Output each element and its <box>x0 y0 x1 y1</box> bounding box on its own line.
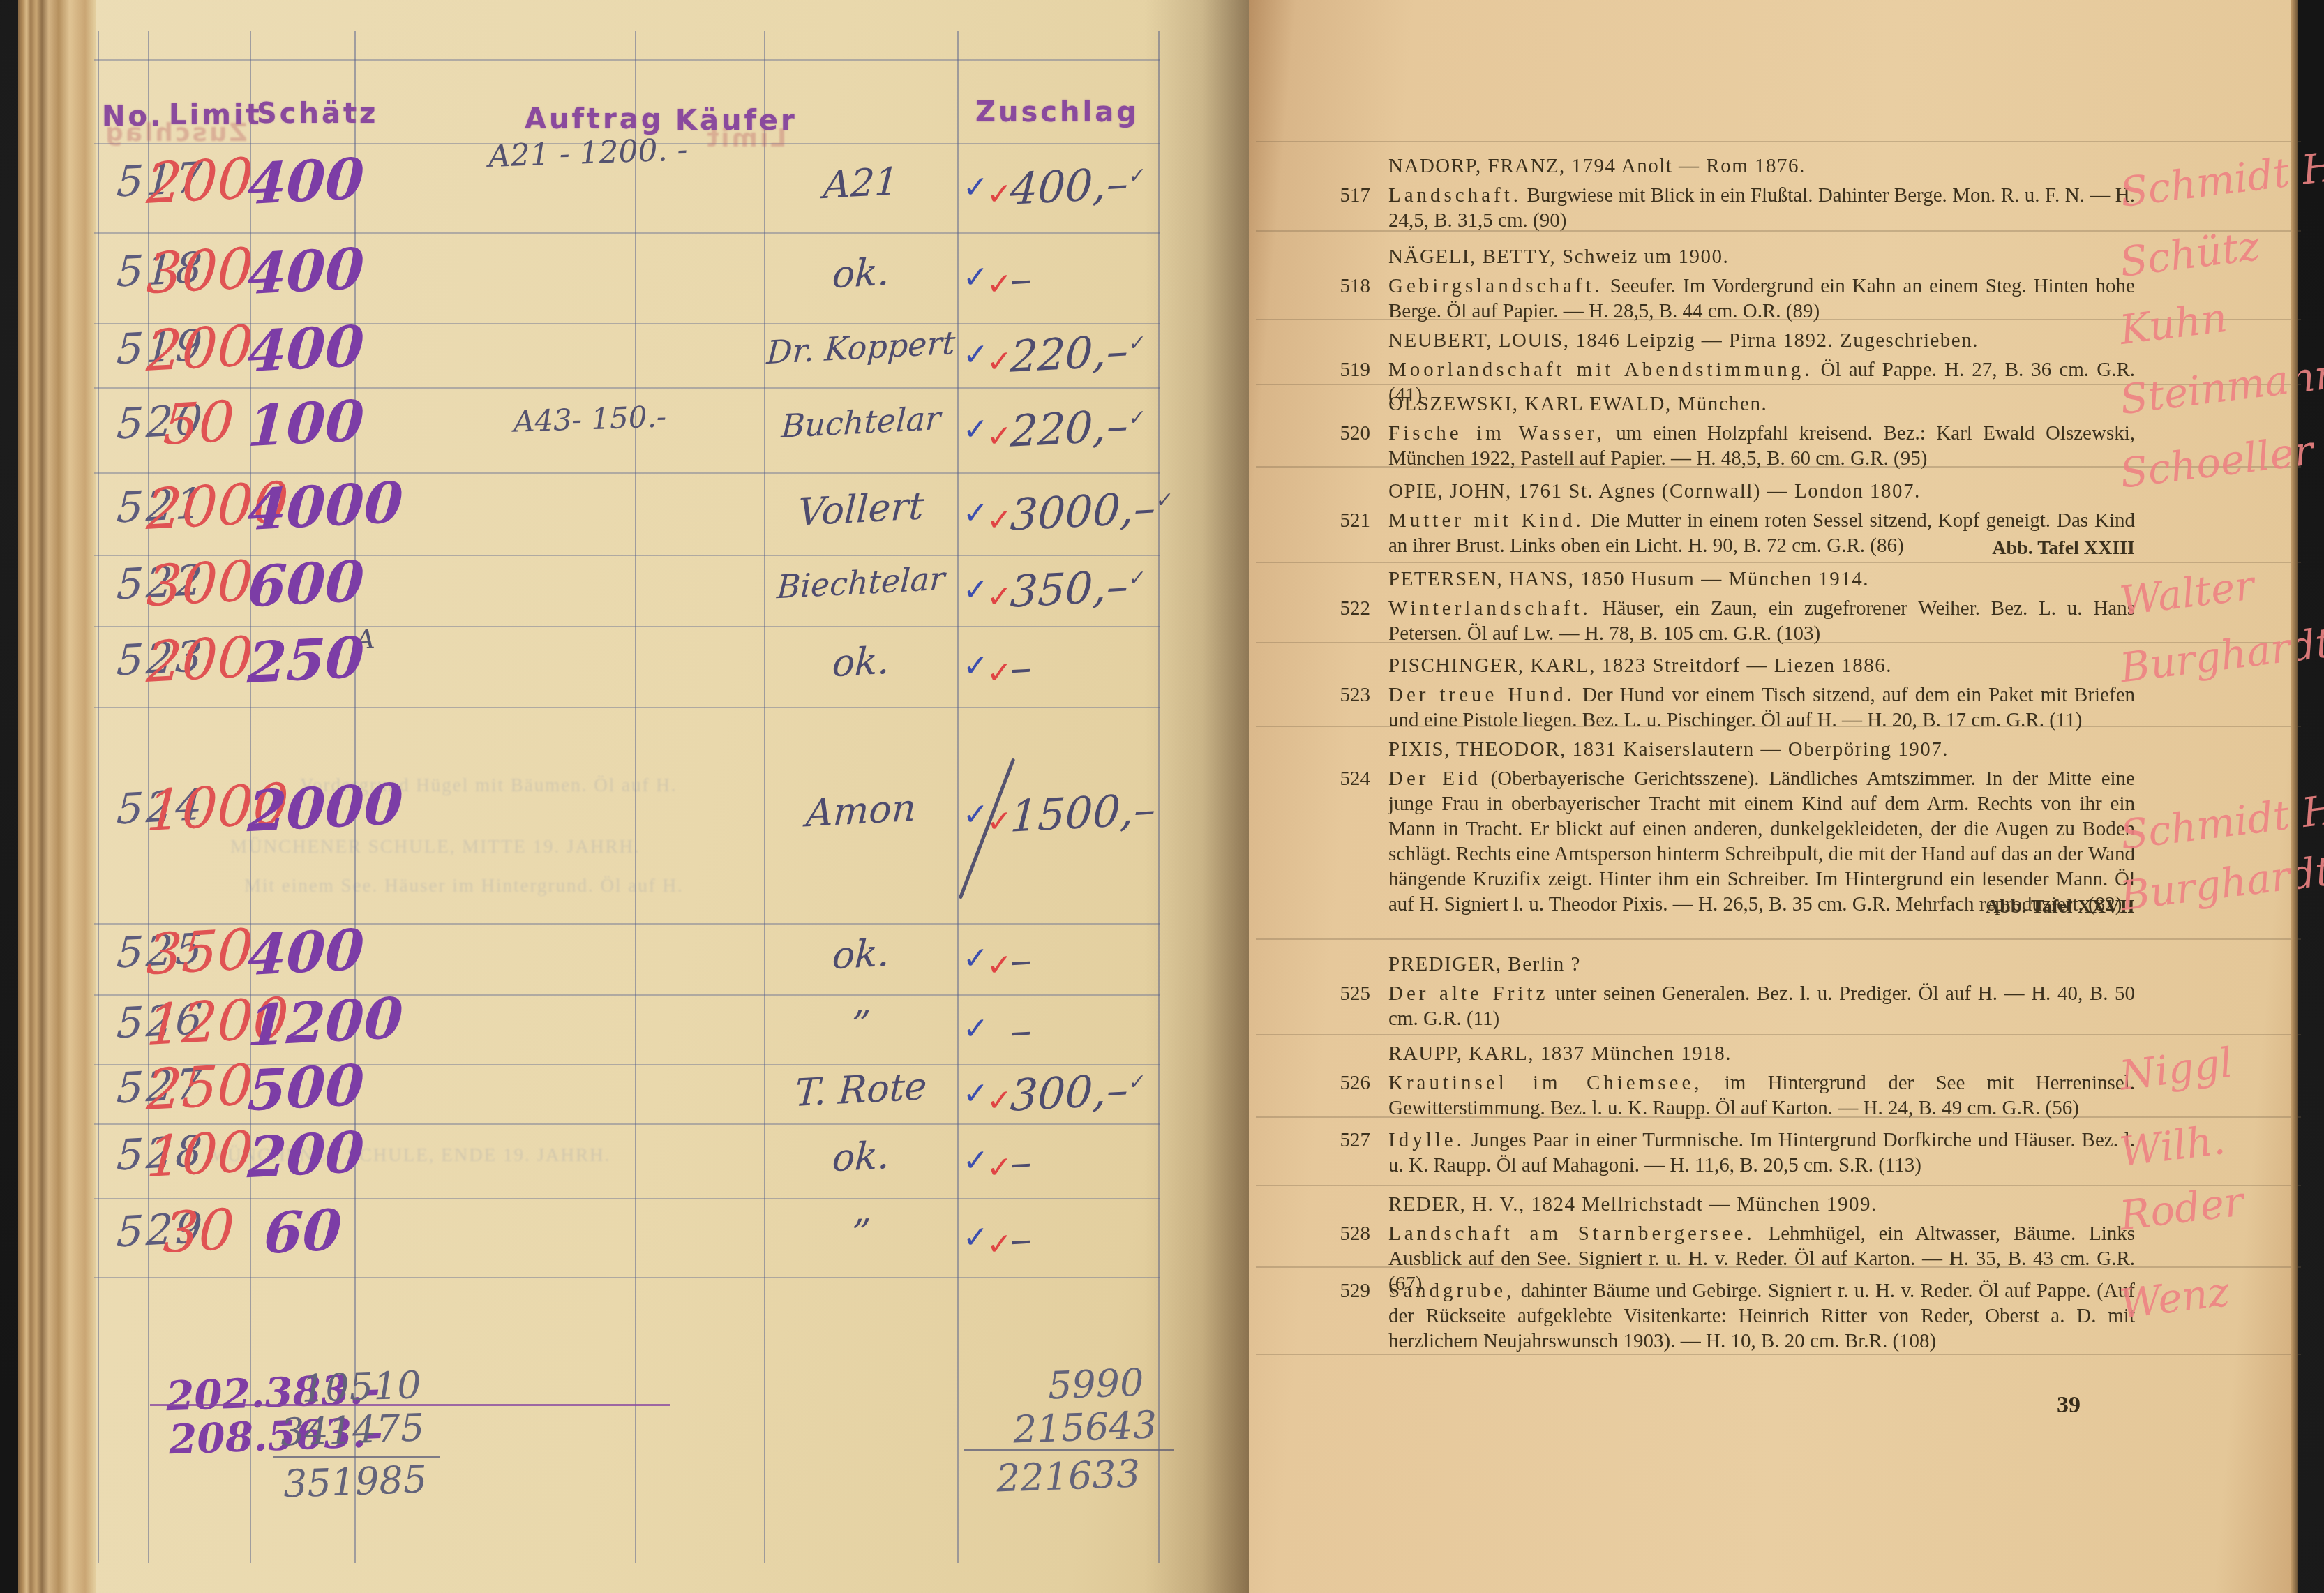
limit-value: 200 <box>145 146 253 216</box>
table-rule-horizontal <box>94 232 1160 234</box>
check-icon-blue: ✓ <box>963 648 989 684</box>
lot-description: 520Fische im Wasser, um einen Holzpfahl … <box>1327 421 2135 471</box>
lot-title: Fische im Wasser, <box>1388 422 1605 444</box>
artist-line: PISCHINGER, KARL, 1823 Streitdorf — Liez… <box>1388 655 2135 678</box>
catalog-entry-rule <box>1256 1034 2301 1035</box>
table-rule-vertical <box>635 31 636 1563</box>
catalog-entry: PIXIS, THEODOR, 1831 Kaiserslautern — Ob… <box>1327 738 2135 917</box>
plate-reference: Abb. Tafel XXVII <box>1986 896 2135 918</box>
total-zuschlag-3: 221633 <box>996 1451 1141 1500</box>
limit-value: 200 <box>145 313 253 384</box>
zuschlag-value: – <box>1009 246 1165 305</box>
check-icon-blue: ✓ <box>963 1220 989 1255</box>
schaetz-value: 60 <box>246 1195 360 1267</box>
limit-value: 300 <box>145 236 253 306</box>
lot-number-printed: 521 <box>1327 509 1370 532</box>
catalog-entry: RAUPP, KARL, 1837 München 1918.526Krauti… <box>1327 1042 2135 1121</box>
check-icon-red: ✓ <box>987 579 1012 615</box>
catalog-entry: NADORP, FRANZ, 1794 Anolt — Rom 1876.517… <box>1327 155 2135 233</box>
lot-title: Winterlandschaft. <box>1388 597 1591 620</box>
lot-text: Der Eid (Oberbayerische Gerichtsszene). … <box>1388 766 2135 917</box>
page-edge-stack <box>18 0 96 1593</box>
lot-text: Der treue Hund. Der Hund vor einem Tisch… <box>1388 682 2135 733</box>
lot-title: Landschaft. <box>1388 184 1522 207</box>
catalog-entry: PETERSEN, HANS, 1850 Husum — München 191… <box>1327 568 2135 646</box>
catalog-entry: PISCHINGER, KARL, 1823 Streitdorf — Liez… <box>1327 655 2135 733</box>
lot-text: Sandgrube, dahinter Bäume und Gebirge. S… <box>1388 1278 2135 1354</box>
zuschlag-value: 3000,–✓ <box>1009 481 1165 541</box>
artist-line: RAUPP, KARL, 1837 München 1918. <box>1388 1042 2135 1065</box>
limit-value: 200 <box>145 625 253 695</box>
check-icon-blue: ✓ <box>963 495 989 531</box>
schaetz-value: 400 <box>246 917 360 989</box>
lot-title: Gebirgslandschaft. <box>1388 275 1603 297</box>
limit-value: 50 <box>145 388 253 458</box>
check-icon-blue: ✓ <box>963 337 989 373</box>
catalog-entry-rule <box>1256 141 2301 142</box>
bleed-through-text: Mit einem See. Häuser im Hintergrund. Öl… <box>244 875 684 897</box>
zuschlag-value: 300,–✓ <box>1009 1062 1165 1121</box>
artist-line: NEUBERT, LOUIS, 1846 Leipzig — Pirna 189… <box>1388 329 2135 352</box>
lot-description: 525Der alte Fritz unter seinen Generalen… <box>1327 981 2135 1031</box>
lot-number-printed: 518 <box>1327 275 1370 298</box>
zuschlag-value: 220,–✓ <box>1009 323 1165 382</box>
lot-number-printed: 524 <box>1327 768 1370 791</box>
ledger-header-schaetz: Schätz <box>257 98 378 130</box>
check-icon-blue: ✓ <box>963 412 989 447</box>
lot-title: Idylle. <box>1388 1129 1465 1151</box>
lot-number-printed: 526 <box>1327 1072 1370 1095</box>
catalog-entry-rule <box>1256 562 2301 563</box>
lot-number-printed: 525 <box>1327 982 1370 1005</box>
check-icon-red: ✓ <box>987 948 1012 983</box>
catalog-entry-rule <box>1256 1354 2301 1355</box>
table-rule-horizontal <box>94 1277 1160 1278</box>
lot-text: Idylle. Junges Paar in einer Turmnische.… <box>1388 1128 2135 1178</box>
auftrag-annotation: A21 - 1200. - <box>488 132 688 174</box>
limit-value: 30 <box>145 1195 253 1266</box>
lot-description: 517Landschaft. Burgwiese mit Blick in ei… <box>1327 183 2135 233</box>
lot-title: Krautinsel im Chiemsee, <box>1388 1072 1703 1094</box>
check-icon-blue: ✓ <box>963 941 989 976</box>
zuschlag-value: – <box>1009 927 1165 986</box>
schaetz-value: 400 <box>246 236 360 308</box>
ledger-header-limit: Limit <box>169 99 262 131</box>
check-icon-blue: ✓ <box>963 1011 989 1047</box>
artist-line: PETERSEN, HANS, 1850 Husum — München 191… <box>1388 568 2135 591</box>
check-icon-blue: ✓ <box>963 1076 989 1112</box>
total-schaetz-2: 341475 <box>280 1405 425 1454</box>
schaetz-value: 100 <box>246 388 360 460</box>
lot-number-printed: 520 <box>1327 422 1370 445</box>
lot-text: Gebirgslandschaft. Seeufer. Im Vordergru… <box>1388 274 2135 324</box>
book-cover-edge <box>2291 0 2298 1593</box>
lot-title: Landschaft am Starnbergersee. <box>1388 1222 1755 1245</box>
catalog-entry: 527Idylle. Junges Paar in einer Turmnisc… <box>1327 1128 2135 1178</box>
schaetz-value: 2000 <box>246 773 360 845</box>
lot-number-printed: 527 <box>1327 1129 1370 1152</box>
lot-title: Mutter mit Kind. <box>1388 509 1584 532</box>
check-icon-red: ✓ <box>987 1150 1012 1186</box>
table-rule-horizontal <box>94 1198 1160 1199</box>
lot-description: 529Sandgrube, dahinter Bäume und Gebirge… <box>1327 1278 2135 1354</box>
check-icon-red: ✓ <box>987 1083 1012 1119</box>
table-rule-vertical <box>957 31 959 1563</box>
schaetz-value: 200 <box>246 1119 360 1190</box>
lot-number-printed: 529 <box>1327 1280 1370 1303</box>
check-icon-red: ✓ <box>987 344 1012 380</box>
schaetz-value: 250 <box>246 625 360 696</box>
schaetz-value: 4000 <box>246 472 360 544</box>
table-rule-vertical <box>764 31 765 1563</box>
catalog-entry: PREDIGER, Berlin ?525Der alte Fritz unte… <box>1327 953 2135 1031</box>
limit-value: 1200 <box>145 987 253 1058</box>
lot-number-printed: 522 <box>1327 597 1370 620</box>
total-zuschlag-2: 215643 <box>1012 1403 1157 1451</box>
ledger-header-auftrag: Auftrag <box>525 103 664 135</box>
lot-text: Fische im Wasser, um einen Holzpfahl kre… <box>1388 421 2135 471</box>
plate-reference: Abb. Tafel XXIII <box>1992 537 2135 560</box>
artist-line: PIXIS, THEODOR, 1831 Kaiserslautern — Ob… <box>1388 738 2135 761</box>
table-rule-horizontal <box>94 707 1160 708</box>
lot-description: 526Krautinsel im Chiemsee, im Hintergrun… <box>1327 1070 2135 1121</box>
catalog-entry: OLSZEWSKI, KARL EWALD, München.520Fische… <box>1327 393 2135 471</box>
artist-line: NADORP, FRANZ, 1794 Anolt — Rom 1876. <box>1388 155 2135 178</box>
lot-text: Landschaft. Burgwiese mit Blick in ein F… <box>1388 183 2135 233</box>
schaetz-value: 400 <box>246 313 360 385</box>
limit-value: 100 <box>145 1119 253 1189</box>
lot-title: Der Eid <box>1388 768 1481 790</box>
table-rule-horizontal <box>94 59 1160 61</box>
total-schaetz-3: 351985 <box>283 1457 428 1506</box>
catalog-entry-rule <box>1256 1185 2301 1186</box>
zuschlag-value: – <box>1009 634 1165 694</box>
lot-description: 524Der Eid (Oberbayerische Gerichtsszene… <box>1327 766 2135 917</box>
ledger-book-spread: ZuschlagLimitVordergrund Hügel mit Bäume… <box>0 0 2324 1593</box>
schaetz-value: 1200 <box>246 987 360 1059</box>
total-zuschlag-1: 5990 <box>1047 1361 1145 1408</box>
lot-number-printed: 523 <box>1327 684 1370 707</box>
catalog-entry-rule <box>1256 938 2301 940</box>
limit-value: 300 <box>145 548 253 619</box>
check-icon-red: ✓ <box>987 419 1012 454</box>
zuschlag-value: – <box>1009 1206 1165 1265</box>
totals-rule-zuschlag <box>964 1449 1174 1451</box>
lot-number-printed: 528 <box>1327 1222 1370 1246</box>
check-icon-blue: ✓ <box>963 260 989 295</box>
catalog-entry: NÄGELI, BETTY, Schweiz um 1900.518Gebirg… <box>1327 246 2135 324</box>
table-rule-horizontal <box>94 387 1160 389</box>
lot-text: Der alte Fritz unter seinen Generalen. B… <box>1388 981 2135 1031</box>
check-icon-red: ✓ <box>987 655 1012 691</box>
lot-text: Winterlandschaft. Häuser, ein Zaun, ein … <box>1388 596 2135 646</box>
check-icon-blue: ✓ <box>963 170 989 205</box>
lot-title: Moorlandschaft mit Abendstimmung. <box>1388 359 1813 381</box>
catalog-entry: 529Sandgrube, dahinter Bäume und Gebirge… <box>1327 1278 2135 1354</box>
limit-value: 350 <box>145 917 253 987</box>
ledger-header-zuschlag: Zuschlag <box>975 96 1139 128</box>
lot-description: 527Idylle. Junges Paar in einer Turmnisc… <box>1327 1128 2135 1178</box>
lot-description: 523Der treue Hund. Der Hund vor einem Ti… <box>1327 682 2135 733</box>
auftrag-annotation: A43- 150.- <box>513 399 667 439</box>
zuschlag-value: 220,–✓ <box>1009 398 1165 457</box>
lot-number-printed: 519 <box>1327 359 1370 382</box>
zuschlag-value: – <box>1009 1129 1165 1188</box>
check-icon-blue: ✓ <box>963 1143 989 1179</box>
artist-line: REDER, H. V., 1824 Mellrichstadt — Münch… <box>1388 1193 2135 1216</box>
lot-description: 521Mutter mit Kind. Die Mutter in einem … <box>1327 508 2135 558</box>
lot-description: 522Winterlandschaft. Häuser, ein Zaun, e… <box>1327 596 2135 646</box>
ledger-header-no: No. <box>102 100 163 133</box>
lot-description: 518Gebirgslandschaft. Seeufer. Im Vorder… <box>1327 274 2135 324</box>
lot-text: Krautinsel im Chiemsee, im Hintergrund d… <box>1388 1070 2135 1121</box>
zuschlag-value: – <box>1009 997 1165 1056</box>
page-number: 39 <box>2057 1392 2081 1419</box>
check-icon-red: ✓ <box>987 1227 1012 1262</box>
check-icon-blue: ✓ <box>963 572 989 608</box>
lot-title: Sandgrube, <box>1388 1280 1515 1302</box>
schaetz-value: 400 <box>246 146 360 218</box>
artist-line: OPIE, JOHN, 1761 St. Agnes (Cornwall) — … <box>1388 480 2135 503</box>
lot-title: Der alte Fritz <box>1388 982 1548 1005</box>
artist-line: OLSZEWSKI, KARL EWALD, München. <box>1388 393 2135 416</box>
zuschlag-value: 350,–✓ <box>1009 558 1165 618</box>
artist-line: NÄGELI, BETTY, Schweiz um 1900. <box>1388 246 2135 269</box>
gutter-shadow <box>1144 0 1249 1593</box>
zuschlag-value: 400,–✓ <box>1009 156 1165 215</box>
schaetz-value: 500 <box>246 1052 360 1123</box>
artist-line: PREDIGER, Berlin ? <box>1388 953 2135 976</box>
zuschlag-value: 1500,– <box>1009 783 1165 842</box>
ledger-header-kaeufer: Käufer <box>675 105 797 137</box>
total-schaetz-1: 10510 <box>301 1363 422 1411</box>
lot-number-printed: 517 <box>1327 184 1370 207</box>
limit-value: 2000 <box>145 472 253 542</box>
limit-value: 1000 <box>145 773 253 844</box>
lot-title: Der treue Hund. <box>1388 684 1575 706</box>
check-icon-red: ✓ <box>987 177 1012 212</box>
limit-value: 250 <box>145 1052 253 1122</box>
check-icon-red: ✓ <box>987 502 1012 538</box>
check-icon-red: ✓ <box>987 267 1012 302</box>
catalog-entry: OPIE, JOHN, 1761 St. Agnes (Cornwall) — … <box>1327 480 2135 558</box>
schaetz-value: 600 <box>246 548 360 620</box>
